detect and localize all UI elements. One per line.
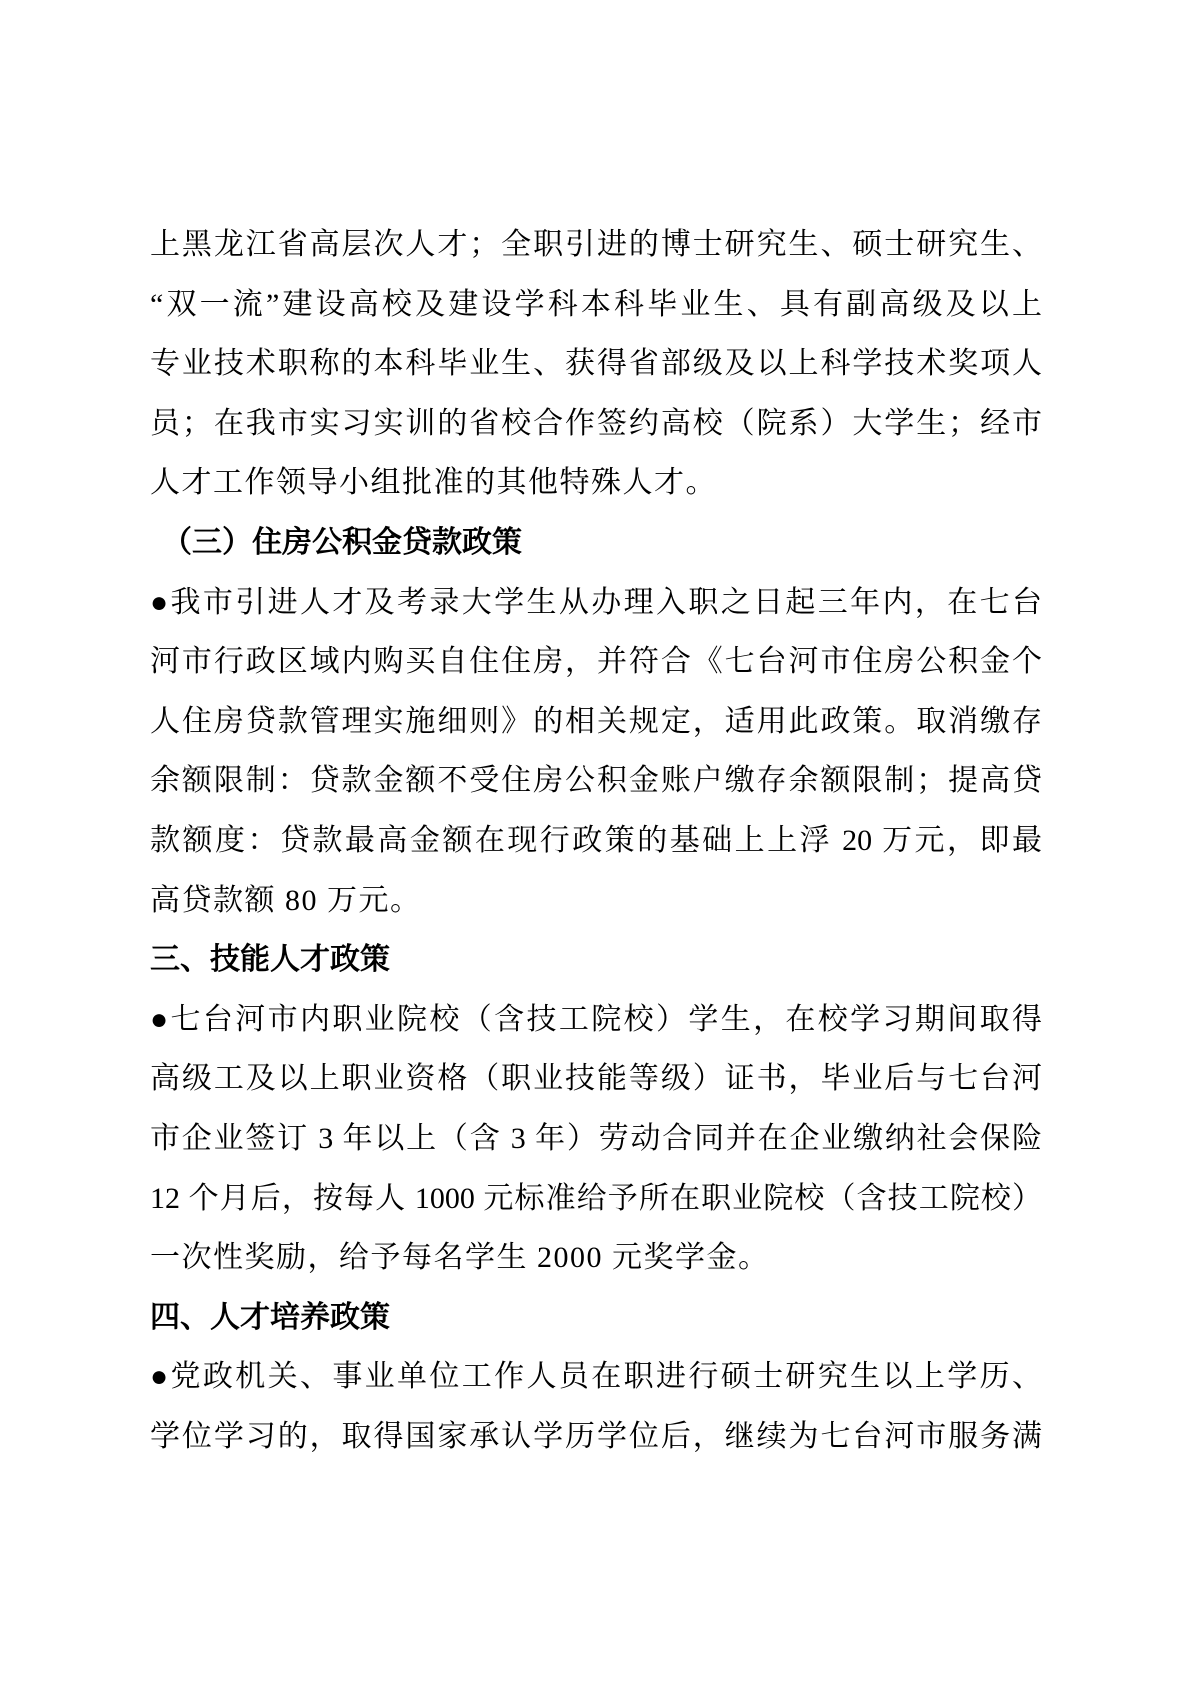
heading-housing-fund-loan-policy: （三）住房公积金贷款政策 xyxy=(150,513,1042,573)
text-line: 员；在我市实习实训的省校合作签约高校（院系）大学生；经市 xyxy=(150,394,1042,454)
paragraph-intro-continuation: 上黑龙江省高层次人才；全职引进的博士研究生、硕士研究生、 “双一流”建设高校及建… xyxy=(150,215,1042,513)
paragraph-housing-fund-loan: ●我市引进人才及考录大学生从办理入职之日起三年内，在七台 河市行政区域内购买自住… xyxy=(150,573,1042,931)
heading-talent-training-policy: 四、人才培养政策 xyxy=(150,1288,1042,1348)
text-line: 高级工及以上职业资格（职业技能等级）证书，毕业后与七台河 xyxy=(150,1049,1042,1109)
text-line: 学位学习的，取得国家承认学历学位后，继续为七台河市服务满 xyxy=(150,1407,1042,1467)
text-line: 高贷款额 80 万元。 xyxy=(150,871,1042,931)
text-line: 人才工作领导小组批准的其他特殊人才。 xyxy=(150,453,1042,513)
text-line: “双一流”建设高校及建设学科本科毕业生、具有副高级及以上 xyxy=(150,275,1042,335)
heading-skilled-talent-policy: 三、技能人才政策 xyxy=(150,930,1042,990)
document-page: 上黑龙江省高层次人才；全职引进的博士研究生、硕士研究生、 “双一流”建设高校及建… xyxy=(0,0,1190,1683)
paragraph-skilled-talent: ●七台河市内职业院校（含技工院校）学生，在校学习期间取得 高级工及以上职业资格（… xyxy=(150,990,1042,1288)
text-line: 上黑龙江省高层次人才；全职引进的博士研究生、硕士研究生、 xyxy=(150,215,1042,275)
text-line: 余额限制：贷款金额不受住房公积金账户缴存余额限制；提高贷 xyxy=(150,751,1042,811)
text-line: 专业技术职称的本科毕业生、获得省部级及以上科学技术奖项人 xyxy=(150,334,1042,394)
text-line-with-bullet: ●我市引进人才及考录大学生从办理入职之日起三年内，在七台 xyxy=(150,573,1042,633)
paragraph-talent-training: ●党政机关、事业单位工作人员在职进行硕士研究生以上学历、 学位学习的，取得国家承… xyxy=(150,1347,1042,1466)
document-content: 上黑龙江省高层次人才；全职引进的博士研究生、硕士研究生、 “双一流”建设高校及建… xyxy=(150,215,1042,1466)
text-line: 人住房贷款管理实施细则》的相关规定，适用此政策。取消缴存 xyxy=(150,692,1042,752)
text-line: 河市行政区域内购买自住住房，并符合《七台河市住房公积金个 xyxy=(150,632,1042,692)
text-line-with-bullet: ●党政机关、事业单位工作人员在职进行硕士研究生以上学历、 xyxy=(150,1347,1042,1407)
text-line: 一次性奖励，给予每名学生 2000 元奖学金。 xyxy=(150,1228,1042,1288)
text-line: 市企业签订 3 年以上（含 3 年）劳动合同并在企业缴纳社会保险 xyxy=(150,1109,1042,1169)
text-line-with-bullet: ●七台河市内职业院校（含技工院校）学生，在校学习期间取得 xyxy=(150,990,1042,1050)
text-line: 款额度：贷款最高金额在现行政策的基础上上浮 20 万元，即最 xyxy=(150,811,1042,871)
text-line: 12 个月后，按每人 1000 元标准给予所在职业院校（含技工院校） xyxy=(150,1169,1042,1229)
